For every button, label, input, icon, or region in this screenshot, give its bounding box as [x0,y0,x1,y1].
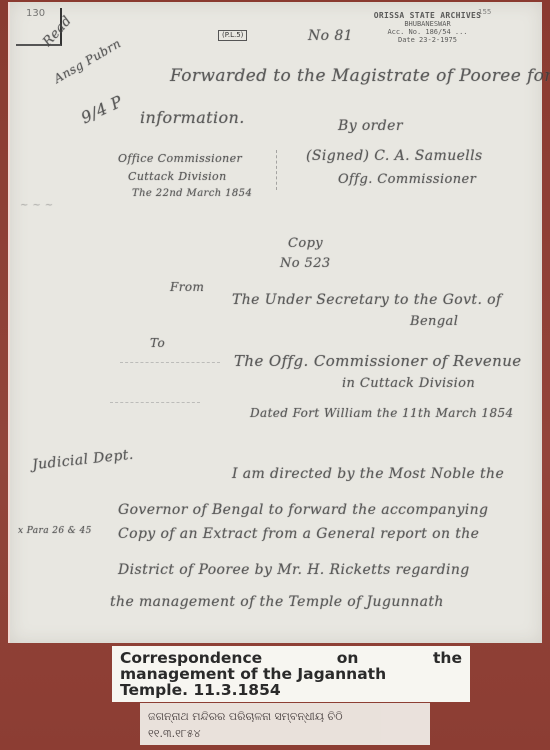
dashed-rule [120,362,220,363]
enclosure-reference: x Para 26 & 45 [18,526,92,536]
label-from: From [170,280,204,294]
line-to: The Offg. Commissioner of Revenue [234,352,522,370]
line-forwarded: Forwarded to the Magistrate of Pooree fo… [170,66,550,86]
caption-line-2: management of the Jagannath [120,666,462,682]
line-designation: Offg. Commissioner [338,172,476,187]
odia-caption-label: ଜଗନ୍ନାଥ ମନ୍ଦିରର ପରିଚାଳନା ସମ୍ବନ୍ଧୀୟ ଚିଠି … [140,703,430,745]
line-copy: Copy [288,236,323,251]
odia-caption-line-1: ଜଗନ୍ନାଥ ମନ୍ଦିରର ପରିଚାଳନା ସମ୍ବନ୍ଧୀୟ ଚିଠି [148,708,422,725]
stamp-line-acc-no: Acc. No. 186/54 ... [360,28,495,36]
body-line-district: District of Pooree by Mr. H. Ricketts re… [118,562,470,578]
office-note-2: Cuttack Division [128,170,227,183]
line-to-cuttack: in Cuttack Division [342,376,475,391]
caption-line-3: Temple. 11.3.1854 [120,682,462,698]
line-information: information. [140,108,245,127]
body-line-management: the management of the Temple of Jugunnat… [110,594,444,610]
file-reference-box: (P.L.5) [218,30,247,41]
dashed-rule [110,402,200,403]
judicial-dept-note: Judicial Dept. [31,447,134,474]
line-by-order: By order [338,118,403,134]
office-note-3: The 22nd March 1854 [132,188,252,199]
stamp-line-city: BHUBANESWAR [360,20,495,28]
body-line-directed: I am directed by the Most Noble the [232,466,504,482]
line-signed: (Signed) C. A. Samuells [306,148,483,164]
line-number: No 523 [280,256,331,271]
office-note-brace [270,150,277,190]
corner-mark: 130 [26,8,45,19]
label-to: To [150,336,165,350]
line-from: The Under Secretary to the Govt. of [232,292,502,308]
office-note-1: Office Commissioner [118,152,242,165]
margin-note-date: 9/4 P [78,92,126,128]
body-line-governor: Governor of Bengal to forward the accomp… [118,502,488,518]
body-line-copy: Copy of an Extract from a General report… [118,526,479,542]
caption-word: the [433,650,462,666]
english-caption-label: Correspondence on the management of the … [112,646,470,702]
archival-document-page: 130 Read Ansg Pubrn 9/4 P (P.L.5) No 81 … [8,2,542,643]
letter-number-top: No 81 [308,28,353,44]
archive-stamp: ORISSA STATE ARCHIVES BHUBANESWAR Acc. N… [360,12,495,44]
stamp-line-archives: ORISSA STATE ARCHIVES [360,12,495,20]
margin-note-ansg: Ansg Pubrn [52,36,124,86]
caption-line-1: Correspondence on the [120,650,462,666]
odia-caption-date: ୧୧.୩.୧୮୫୪ [148,725,422,742]
caption-word: Correspondence [120,650,262,666]
line-dated: Dated Fort William the 11th March 1854 [250,406,514,420]
line-from-bengal: Bengal [410,314,458,329]
caption-word: on [337,650,359,666]
faint-margin-scribble: ~ ~ ~ [20,200,54,211]
stamp-line-date: Date 23-2-1975 [360,36,495,44]
